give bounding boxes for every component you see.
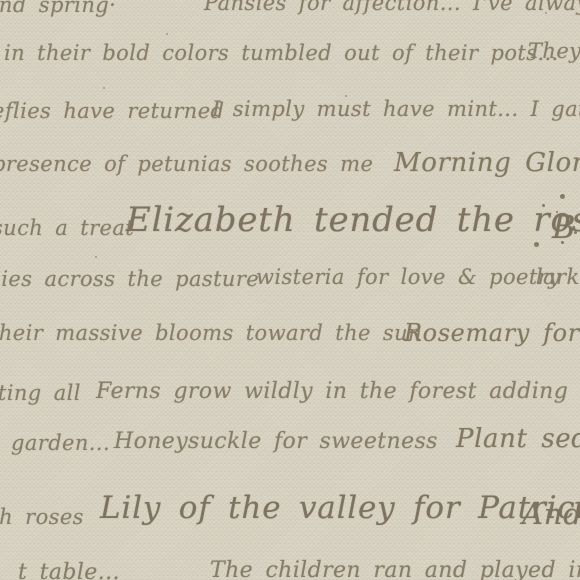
phrase-pansies-for-affection: Pansies for affection... I've always p <box>204 0 580 15</box>
phrase-wisteria-love-poetry: wisteria for love & poetry <box>256 265 560 289</box>
phrase-nting-all: nting all <box>0 381 81 405</box>
phrase-and-fragment: And <box>522 497 580 531</box>
phrase-they: They <box>528 39 580 63</box>
phrase-plant-sed: Plant sed <box>456 424 580 454</box>
ink-dot <box>542 204 545 207</box>
fabric-speckle <box>103 87 105 89</box>
phrase-lily-of-the-valley: Lily of the valley for Patricia <box>100 490 580 526</box>
phrase-such-a-treat: such a treat <box>0 216 134 240</box>
phrase-massive-blooms-sun: their massive blooms toward the sun <box>0 321 422 345</box>
fabric-speckle <box>545 12 547 14</box>
phrase-ferns-grow-wildly: Ferns grow wildly in the forest adding t… <box>96 379 580 404</box>
ink-dot <box>561 241 564 244</box>
phrase-must-have-mint: I simply must have mint... I gathe <box>212 97 580 121</box>
phrase-elizabeth-tended-roses: Elizabeth tended the roses <box>126 200 580 240</box>
ink-dot <box>560 194 565 199</box>
phrase-fireflies-returned: eflies have returned <box>0 99 224 123</box>
phrase-sh-roses: sh roses <box>0 505 84 529</box>
fabric-speckle <box>166 33 168 35</box>
phrase-lark-fragment: lark <box>536 265 580 289</box>
phrase-rosemary: Rosemary for re <box>404 319 580 347</box>
ink-dot <box>556 211 558 213</box>
phrase-t-table: t table... <box>18 560 120 580</box>
ink-dot <box>534 242 539 247</box>
phrase-morning-glories: Morning Glories <box>394 148 580 178</box>
phrase-and-spring: and spring· <box>0 0 116 17</box>
phrase-children-ran-played: The children ran and played in the <box>210 558 580 580</box>
phrase-b-fragment: B <box>552 208 576 246</box>
ink-dot <box>574 231 577 234</box>
fabric-swatch: and spring· Pansies for affection... I'v… <box>0 0 580 580</box>
fabric-speckle <box>95 256 97 258</box>
phrase-bold-colors-tumbled: in their bold colors tumbled out of thei… <box>4 41 559 65</box>
phrase-honeysuckle-sweetness: Honeysuckle for sweetness <box>114 429 438 454</box>
fabric-speckle <box>345 95 347 97</box>
phrase-flies-across-pasture: flies across the pasture <box>0 267 259 291</box>
phrase-presence-of-petunias: presence of petunias soothes me <box>0 152 373 176</box>
phrase-a-garden: a garden... <box>0 431 110 455</box>
